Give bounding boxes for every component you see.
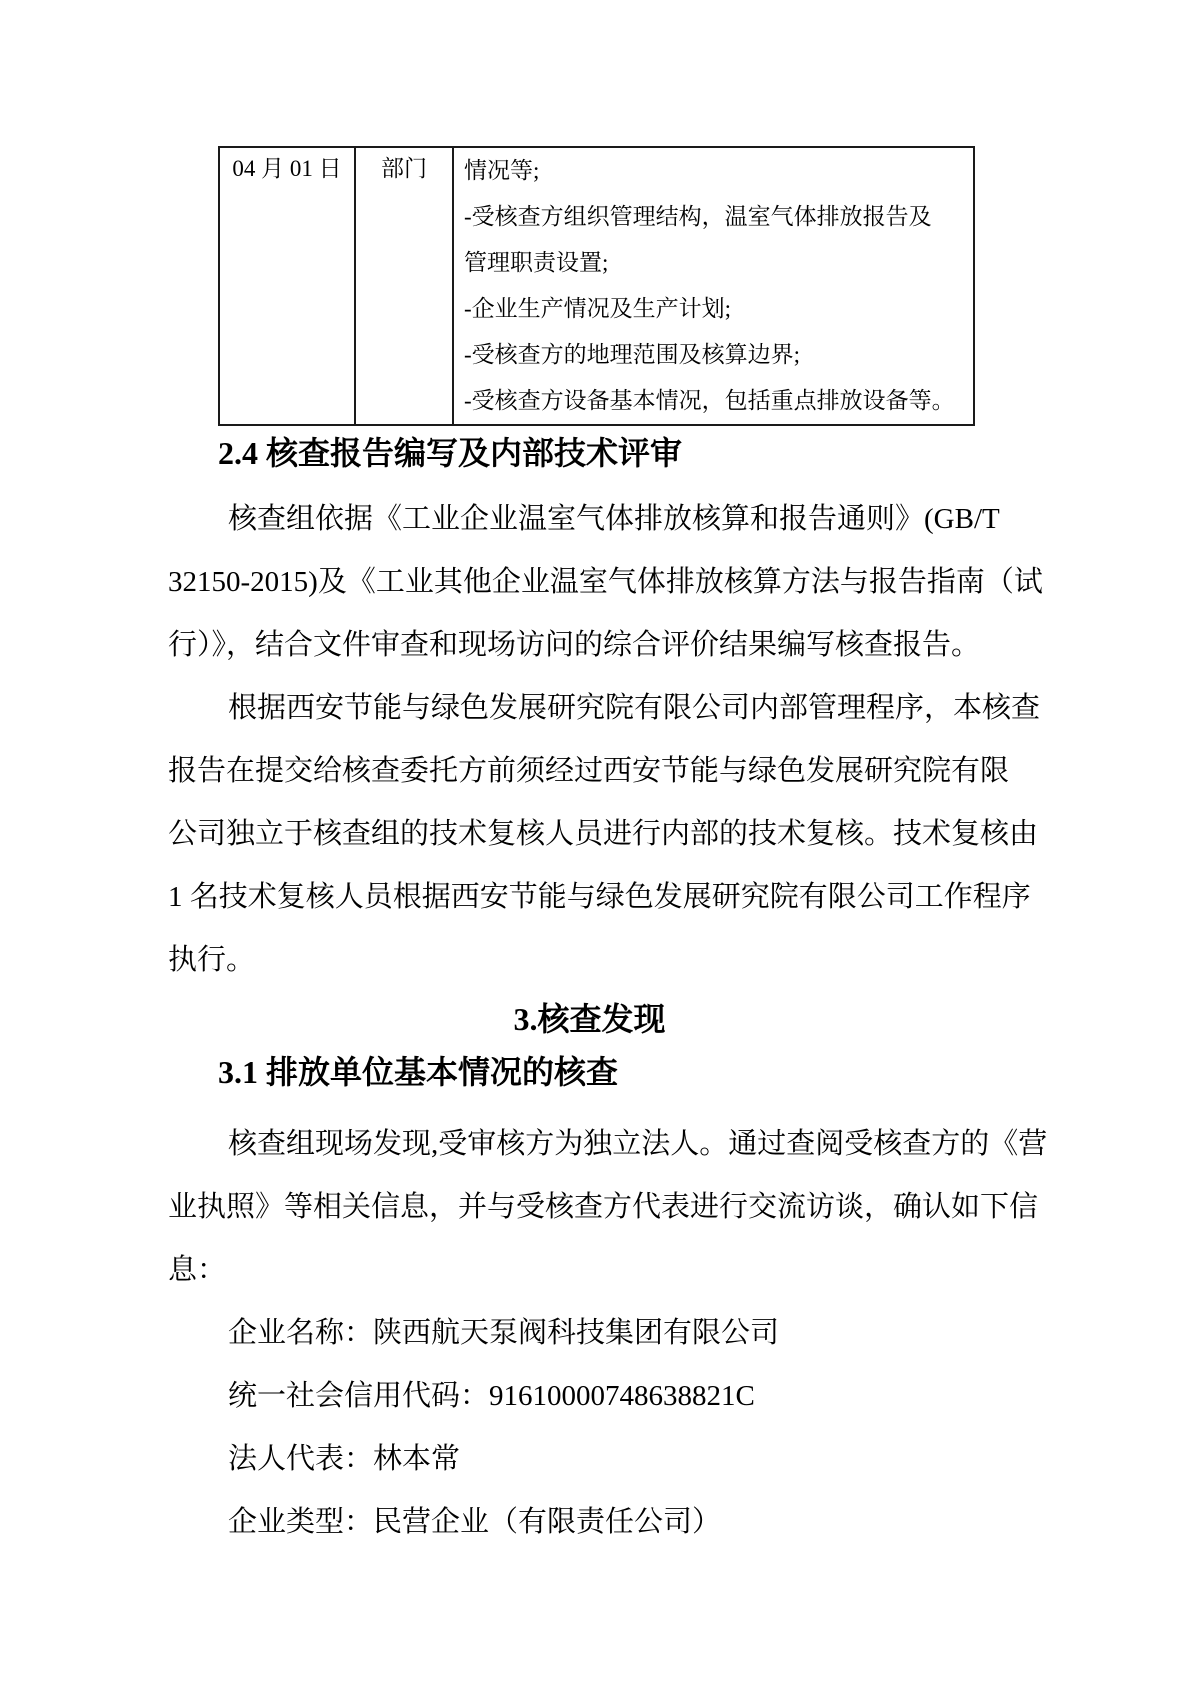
table-row: 04 月 01 日 部门 情况等; -受核查方组织管理结构，温室气体排放报告及 … xyxy=(219,147,974,425)
company-type: 企业类型：民营企业（有限责任公司） xyxy=(168,1491,1011,1554)
paragraph-verification-basis: 核查组依据《工业企业温室气体排放核算和报告通则》(GB/T 32150-2015… xyxy=(168,488,1011,677)
company-legal-representative: 法人代表：林本常 xyxy=(168,1428,1011,1491)
company-name: 企业名称：陕西航天泵阀科技集团有限公司 xyxy=(168,1302,1011,1365)
company-info-list: 企业名称：陕西航天泵阀科技集团有限公司 统一社会信用代码：91610000748… xyxy=(168,1302,1011,1554)
table-cell-department: 部门 xyxy=(355,147,453,425)
table-cell-content: 情况等; -受核查方组织管理结构，温室气体排放报告及 管理职责设置; -企业生产… xyxy=(453,147,974,425)
company-credit-code: 统一社会信用代码：91610000748638821C xyxy=(168,1365,1011,1428)
schedule-table: 04 月 01 日 部门 情况等; -受核查方组织管理结构，温室气体排放报告及 … xyxy=(218,146,975,426)
paragraph-basic-info-verification: 核查组现场发现,受审核方为独立法人。通过查阅受核查方的《营 业执照》等相关信息，… xyxy=(168,1113,1011,1302)
section-heading-2-4: 2.4 核查报告编写及内部技术评审 xyxy=(218,432,1011,474)
section-heading-3-1: 3.1 排放单位基本情况的核查 xyxy=(218,1050,1011,1094)
paragraph-internal-technical-review: 根据西安节能与绿色发展研究院有限公司内部管理程序，本核查 报告在提交给核查委托方… xyxy=(168,677,1011,992)
document-page: 04 月 01 日 部门 情况等; -受核查方组织管理结构，温室气体排放报告及 … xyxy=(0,0,1191,1684)
table-cell-date: 04 月 01 日 xyxy=(219,147,355,425)
section-heading-3: 3.核查发现 xyxy=(168,997,1011,1041)
